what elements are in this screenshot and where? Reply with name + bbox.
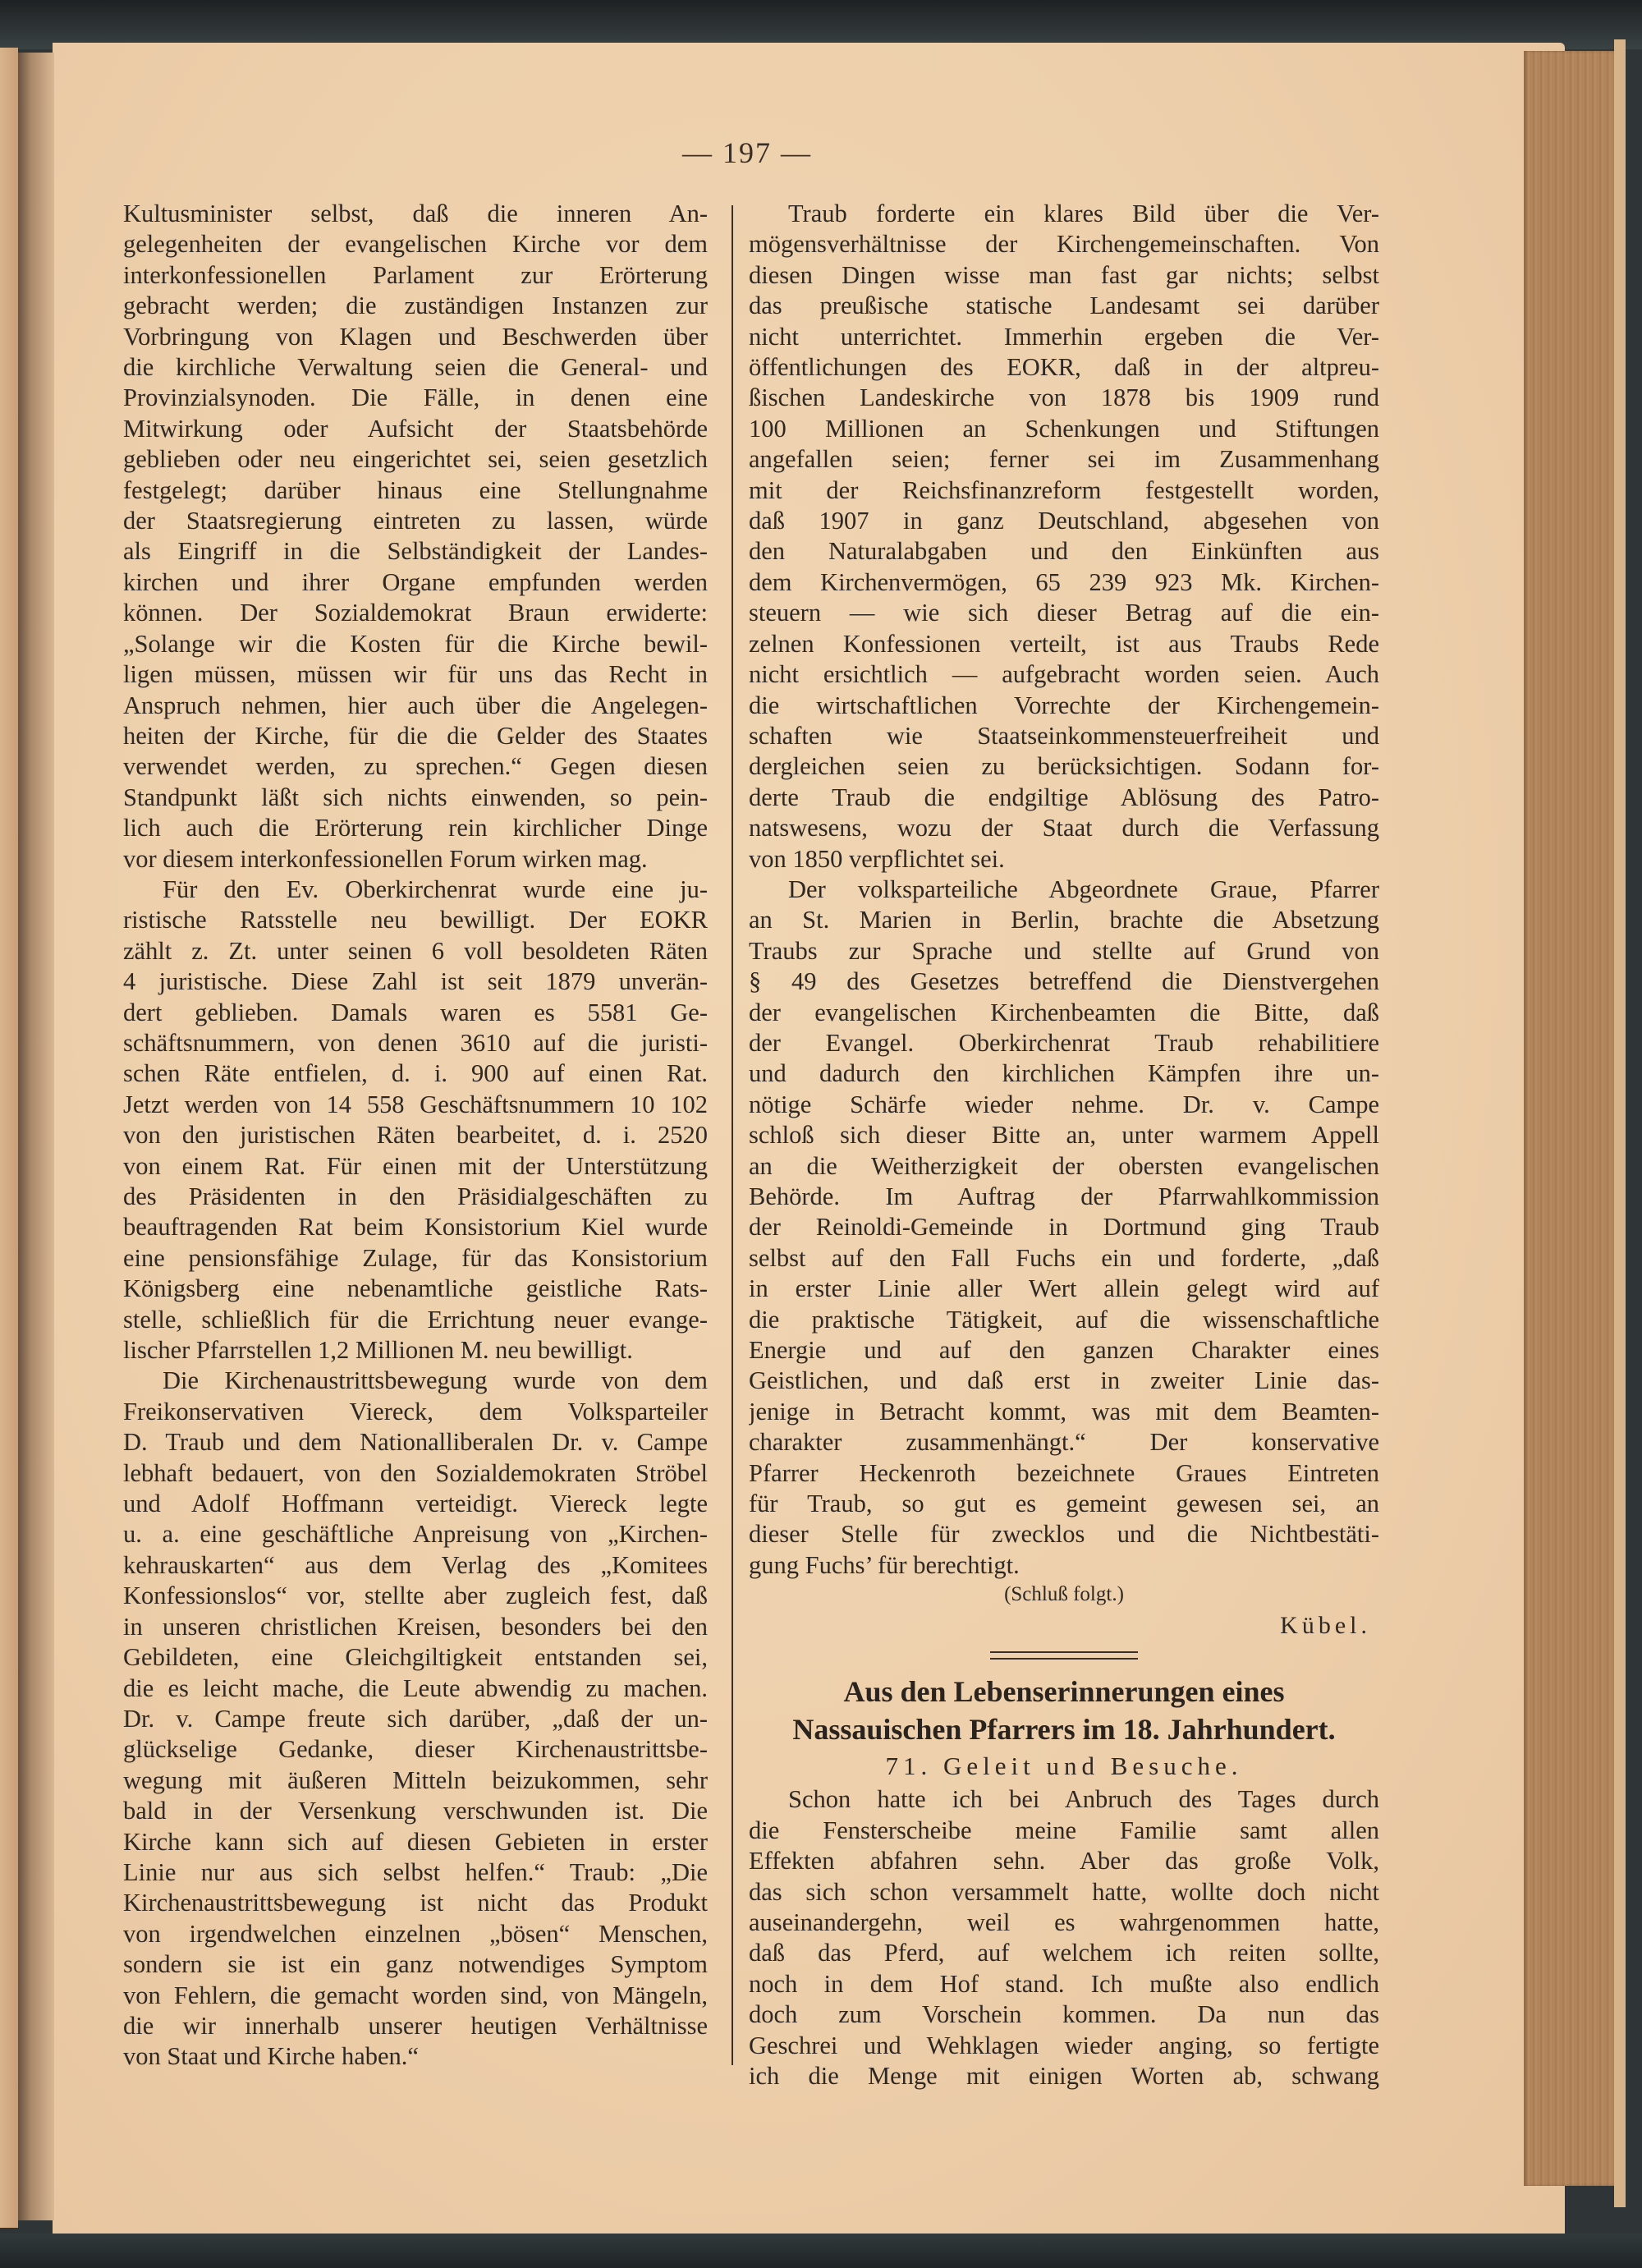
text-line: Die Kirchenaustrittsbewegung wurde von d… xyxy=(123,1366,708,1396)
text-line: diesen Dingen wisse man fast gar nichts;… xyxy=(749,260,1379,291)
section-separator-rule xyxy=(990,1651,1138,1660)
text-line: Kultusminister selbst, daß die inneren A… xyxy=(123,199,708,229)
text-line: der Evangel. Oberkirchenrat Traub rehabi… xyxy=(749,1028,1379,1058)
text-line: öffentlichungen des EOKR, daß in der alt… xyxy=(749,352,1379,383)
text-line: dieser Stelle für zwecklos und die Nicht… xyxy=(749,1519,1379,1549)
text-line: „Solange wir die Kosten für die Kirche b… xyxy=(123,629,708,659)
text-line: Vorbringung von Klagen und Beschwerden ü… xyxy=(123,322,708,352)
text-line: natswesens, wozu der Staat durch die Ver… xyxy=(749,813,1379,843)
text-line: daß 1907 in ganz Deutschland, abgesehen … xyxy=(749,506,1379,536)
text-line: von den juristischen Räten bearbeitet, d… xyxy=(123,1120,708,1150)
text-line: dert geblieben. Damals waren es 5581 Ge- xyxy=(123,998,708,1028)
text-line: D. Traub und dem Nationalliberalen Dr. v… xyxy=(123,1427,708,1458)
text-line: angefallen seien; ferner sei im Zusammen… xyxy=(749,444,1379,475)
text-line: Traub forderte ein klares Bild über die … xyxy=(749,199,1379,229)
text-line: Für den Ev. Oberkirchenrat wurde eine ju… xyxy=(123,875,708,905)
section-title: Aus den Lebenserinnerungen eines Nassaui… xyxy=(749,1673,1379,1748)
text-line: in erster Linie aller Wert allein gelegt… xyxy=(749,1274,1379,1304)
text-line: wegung mit äußeren Mitteln beizukommen, … xyxy=(123,1765,708,1796)
text-line: derte Traub die endgiltige Ablösung des … xyxy=(749,783,1379,813)
text-line: den Naturalabgaben und den Einkünften au… xyxy=(749,536,1379,567)
text-line: die es leicht mache, die Leute abwendig … xyxy=(123,1673,708,1704)
text-line: charakter zusammenhängt.“ Der konservati… xyxy=(749,1427,1379,1458)
text-line: der Reinoldi-Gemeinde in Dortmund ging T… xyxy=(749,1212,1379,1242)
text-line: der Staatsregierung eintreten zu lassen,… xyxy=(123,506,708,536)
text-line: § 49 des Gesetzes betreffend die Dienstv… xyxy=(749,966,1379,997)
right-column: Traub forderte ein klares Bild über die … xyxy=(749,199,1379,2091)
text-line: festgelegt; darüber hinaus eine Stellung… xyxy=(123,475,708,506)
column-divider xyxy=(732,205,733,2065)
text-line: lebhaft bedauert, von den Sozialdemokrat… xyxy=(123,1458,708,1489)
text-line: selbst auf den Fall Fuchs ein und forder… xyxy=(749,1243,1379,1274)
text-line: Geschrei und Wehklagen wieder anging, so… xyxy=(749,2031,1379,2061)
text-line: Freikonservativen Viereck, dem Volkspart… xyxy=(123,1397,708,1427)
text-line: noch in dem Hof stand. Ich mußte also en… xyxy=(749,1969,1379,1999)
text-line: Provinzialsynoden. Die Fälle, in denen e… xyxy=(123,383,708,413)
text-line: Linie nur aus sich selbst helfen.“ Traub… xyxy=(123,1857,708,1888)
text-line: geblieben oder neu eingerichtet sei, sei… xyxy=(123,444,708,475)
text-line: zählt z. Zt. unter seinen 6 voll besolde… xyxy=(123,936,708,966)
text-line: Königsberg eine nebenamtliche geistliche… xyxy=(123,1274,708,1304)
text-line: lich auch die Erörterung rein kirchliche… xyxy=(123,813,708,843)
text-line: Energie und auf den ganzen Charakter ein… xyxy=(749,1335,1379,1366)
section-body: Schon hatte ich bei Anbruch des Tages du… xyxy=(749,1784,1379,2091)
text-line: für Traub, so gut es gemeint gewesen sei… xyxy=(749,1489,1379,1519)
text-line: schäftsnummern, von denen 3610 auf die j… xyxy=(123,1028,708,1058)
text-line: ristische Ratsstelle neu bewilligt. Der … xyxy=(123,905,708,935)
text-line: jenige in Betracht kommt, was mit dem Be… xyxy=(749,1397,1379,1427)
text-line: Pfarrer Heckenroth bezeichnete Graues Ei… xyxy=(749,1458,1379,1489)
text-line: Schon hatte ich bei Anbruch des Tages du… xyxy=(749,1784,1379,1815)
text-line: sondern sie ist ein ganz notwendiges Sym… xyxy=(123,1949,708,1980)
book-cover-bottom xyxy=(0,2234,1642,2268)
text-line: das preußische statische Landesamt sei d… xyxy=(749,291,1379,321)
text-line: die praktische Tätigkeit, auf die wissen… xyxy=(749,1305,1379,1335)
text-line: nicht unterrichtet. Immerhin ergeben die… xyxy=(749,322,1379,352)
previous-page-edge xyxy=(0,48,18,2228)
text-line: kehrauskarten“ aus dem Verlag des „Komit… xyxy=(123,1550,708,1581)
text-line: ßischen Landeskirche von 1878 bis 1909 r… xyxy=(749,383,1379,413)
text-line: schen Räte entfielen, d. i. 900 auf eine… xyxy=(123,1058,708,1089)
text-line: stelle, schließlich für die Errichtung n… xyxy=(123,1305,708,1335)
author-signature: Kübel. xyxy=(749,1609,1379,1643)
text-line: Der volksparteiliche Abgeordnete Graue, … xyxy=(749,875,1379,905)
text-line: von irgendwelchen einzelnen „bösen“ Mens… xyxy=(123,1919,708,1949)
text-line: 100 Millionen an Schenkungen und Stiftun… xyxy=(749,414,1379,444)
text-line: lischer Pfarrstellen 1,2 Millionen M. ne… xyxy=(123,1335,708,1366)
page-number: — 197 — xyxy=(640,135,854,170)
text-line: vor diesem interkonfessionellen Forum wi… xyxy=(123,844,708,875)
text-line: Geistlichen, und daß erst in zweiter Lin… xyxy=(749,1366,1379,1396)
text-line: schaften wie Staatseinkommensteuerfreihe… xyxy=(749,721,1379,751)
text-line: das sich schon versammelt hatte, wollte … xyxy=(749,1877,1379,1908)
text-line: dergleichen seien zu berücksichtigen. So… xyxy=(749,751,1379,782)
section-title-line-1: Aus den Lebenserinnerungen eines xyxy=(749,1673,1379,1710)
article-continuation: Traub forderte ein klares Bild über die … xyxy=(749,199,1379,1581)
text-line: mit der Reichsfinanzreform festgestellt … xyxy=(749,475,1379,506)
section-subtitle: 71. Geleit und Besuche. xyxy=(749,1748,1379,1784)
text-line: Kirchenaustrittsbewegung ist nicht das P… xyxy=(123,1888,708,1918)
text-line: der evangelischen Kirchenbeamten die Bit… xyxy=(749,998,1379,1028)
text-line: Dr. v. Campe freute sich darüber, „daß d… xyxy=(123,1704,708,1734)
text-line: glückselige Gedanke, dieser Kirchenaustr… xyxy=(123,1734,708,1765)
to-be-continued-note: (Schluß folgt.) xyxy=(749,1581,1379,1609)
text-line: kirchen und ihrer Organe empfunden werde… xyxy=(123,567,708,598)
text-line: die wirtschaftlichen Vorrechte der Kirch… xyxy=(749,691,1379,721)
text-line: Standpunkt läßt sich nichts einwenden, s… xyxy=(123,783,708,813)
text-line: an die Weitherzigkeit der obersten evang… xyxy=(749,1151,1379,1182)
gutter-shadow xyxy=(18,53,54,2220)
text-line: Traubs zur Sprache und stellte auf Grund… xyxy=(749,936,1379,966)
text-line: und Adolf Hoffmann verteidigt. Viereck l… xyxy=(123,1489,708,1519)
text-line: an St. Marien in Berlin, brachte die Abs… xyxy=(749,905,1379,935)
text-line: mögensverhältnisse der Kirchengemeinscha… xyxy=(749,229,1379,259)
text-line: von einem Rat. Für einen mit der Unterst… xyxy=(123,1151,708,1182)
text-line: Effekten abfahren sehn. Aber das große V… xyxy=(749,1846,1379,1876)
text-line: ich die Menge mit einigen Worten ab, sch… xyxy=(749,2061,1379,2091)
text-line: von Fehlern, die gemacht worden sind, vo… xyxy=(123,1981,708,2011)
text-line: verwendet werden, zu sprechen.“ Gegen di… xyxy=(123,751,708,782)
text-line: Kirche kann sich auf diesen Gebieten in … xyxy=(123,1827,708,1857)
text-line: steuern — wie sich dieser Betrag auf die… xyxy=(749,598,1379,628)
text-line: zelnen Konfessionen verteilt, ist aus Tr… xyxy=(749,629,1379,659)
text-line: können. Der Sozialdemokrat Braun erwider… xyxy=(123,598,708,628)
text-line: schloß sich dieser Bitte an, unter warme… xyxy=(749,1120,1379,1150)
text-line: als Eingriff in die Selbständigkeit der … xyxy=(123,536,708,567)
text-line: auseinandergehn, weil es wahrgenommen ha… xyxy=(749,1908,1379,1938)
text-line: Mitwirkung oder Aufsicht der Staatsbehör… xyxy=(123,414,708,444)
text-line: gebracht werden; die zuständigen Instanz… xyxy=(123,291,708,321)
text-line: gelegenheiten der evangelischen Kirche v… xyxy=(123,229,708,259)
text-line: und dadurch den kirchlichen Kämpfen ihre… xyxy=(749,1058,1379,1089)
text-line: gung Fuchs’ für berechtigt. xyxy=(749,1550,1379,1581)
text-line: die Fensterscheibe meine Familie samt al… xyxy=(749,1816,1379,1846)
text-line: von 1850 verpflichtet sei. xyxy=(749,844,1379,875)
text-line: bald in der Versenkung verschwunden ist.… xyxy=(123,1796,708,1826)
text-line: Konfessionslos“ vor, stellte aber zuglei… xyxy=(123,1581,708,1611)
text-line: des Präsidenten in den Präsidialgeschäft… xyxy=(123,1182,708,1212)
text-line: beauftragenden Rat beim Konsistorium Kie… xyxy=(123,1212,708,1242)
text-line: 4 juristische. Diese Zahl ist seit 1879 … xyxy=(123,966,708,997)
text-line: u. a. eine geschäftliche Anpreisung von … xyxy=(123,1519,708,1549)
text-line: ligen müssen, müssen wir für uns das Rec… xyxy=(123,659,708,690)
text-line: eine pensionsfähige Zulage, für das Kons… xyxy=(123,1243,708,1274)
text-line: von Staat und Kirche haben.“ xyxy=(123,2041,708,2072)
text-line: daß das Pferd, auf welchem ich reiten so… xyxy=(749,1938,1379,1968)
text-line: Jetzt werden von 14 558 Geschäftsnummern… xyxy=(123,1090,708,1120)
text-line: Behörde. Im Auftrag der Pfarrwahlkommiss… xyxy=(749,1182,1379,1212)
left-column: Kultusminister selbst, daß die inneren A… xyxy=(123,199,708,2073)
text-line: nicht ersichtlich — aufgebracht worden s… xyxy=(749,659,1379,690)
page-edge-rim xyxy=(1614,39,1626,2207)
book-cover-top xyxy=(0,0,1642,49)
text-line: die wir innerhalb unserer heutigen Verhä… xyxy=(123,2011,708,2041)
text-line: dem Kirchenvermögen, 65 239 923 Mk. Kirc… xyxy=(749,567,1379,598)
text-line: Anspruch nehmen, hier auch über die Ange… xyxy=(123,691,708,721)
text-line: heiten der Kirche, für die die Gelder de… xyxy=(123,721,708,751)
page-block-edge xyxy=(1524,51,1614,2186)
text-line: doch zum Vorschein kommen. Da nun das xyxy=(749,1999,1379,2030)
text-line: Gebildeten, eine Gleichgiltigkeit entsta… xyxy=(123,1642,708,1673)
text-line: interkonfessionellen Parlament zur Erört… xyxy=(123,260,708,291)
section-title-line-2: Nassauischen Pfarrers im 18. Jahrhundert… xyxy=(749,1710,1379,1748)
text-line: die kirchliche Verwaltung seien die Gene… xyxy=(123,352,708,383)
text-line: in unseren christlichen Kreisen, besonde… xyxy=(123,1612,708,1642)
text-line: nötige Schärfe wieder nehme. Dr. v. Camp… xyxy=(749,1090,1379,1120)
